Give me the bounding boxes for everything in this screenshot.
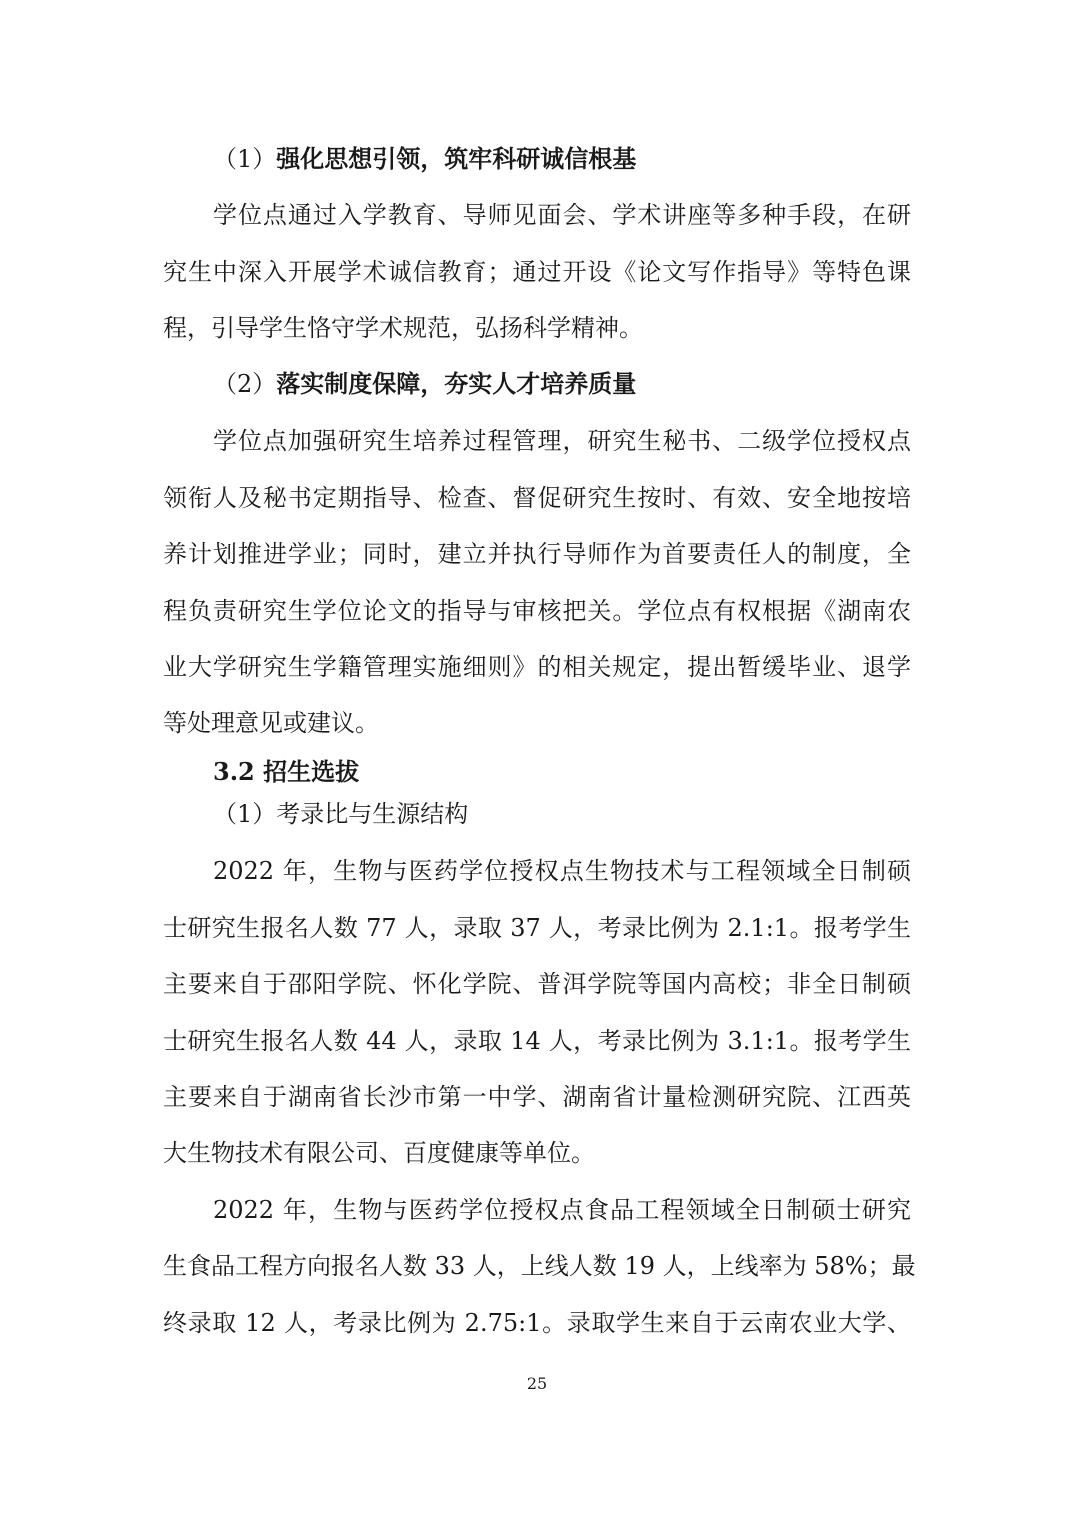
heading-title: 强化思想引领，筑牢科研诚信根基 [276,144,636,173]
paragraph-line: 2022 年，生物与医药学位授权点食品工程领域全日制硕士研究 [213,1193,911,1227]
section-heading-3-2: 3.2 招生选拔 [213,755,359,789]
paragraph-line: 生食品工程方向报名人数 33 人，上线人数 19 人，上线率为 58%；最 [163,1249,911,1283]
subsection-heading-2: （2）落实制度保障，夯实人才培养质量 [213,367,636,401]
subsection-heading-1: （1）强化思想引领，筑牢科研诚信根基 [213,142,636,176]
paragraph-line: 业大学研究生学籍管理实施细则》的相关规定，提出暂缓毕业、退学 [163,650,911,684]
paragraph-line: 学位点加强研究生培养过程管理，研究生秘书、二级学位授权点 [213,424,911,458]
paragraph-line: 领衔人及秘书定期指导、检查、督促研究生按时、有效、安全地按培 [163,481,911,515]
paragraph-line: 学位点通过入学教育、导师见面会、学术讲座等多种手段，在研 [213,198,911,232]
heading-number: （1） [213,145,276,173]
paragraph-line: 程，引导学生恪守学术规范，弘扬科学精神。 [163,311,911,345]
page-number: 25 [0,1373,1074,1395]
paragraph-line: 养计划推进学业；同时，建立并执行导师作为首要责任人的制度，全 [163,537,911,571]
paragraph-line: 程负责研究生学位论文的指导与审核把关。学位点有权根据《湖南农 [163,594,911,628]
paragraph-line: 主要来自于邵阳学院、怀化学院、普洱学院等国内高校；非全日制硕 [163,967,911,1001]
paragraph-line: 大生物技术有限公司、百度健康等单位。 [163,1136,911,1170]
paragraph-line: 终录取 12 人，考录比例为 2.75:1。录取学生来自于云南农业大学、 [163,1306,911,1340]
heading-number: （2） [213,370,276,398]
subsection-heading: （1）考录比与生源结构 [213,797,468,831]
paragraph-line: 士研究生报名人数 77 人，录取 37 人，考录比例为 2.1:1。报考学生 [163,911,911,945]
paragraph-line: 2022 年，生物与医药学位授权点生物技术与工程领域全日制硕 [213,854,911,888]
paragraph-line: 究生中深入开展学术诚信教育；通过开设《论文写作指导》等特色课 [163,255,911,289]
paragraph-line: 等处理意见或建议。 [163,706,911,740]
paragraph-line: 主要来自于湖南省长沙市第一中学、湖南省计量检测研究院、江西英 [163,1080,911,1114]
paragraph-line: 士研究生报名人数 44 人，录取 14 人，考录比例为 3.1:1。报考学生 [163,1024,911,1058]
heading-title: 落实制度保障，夯实人才培养质量 [276,369,636,398]
